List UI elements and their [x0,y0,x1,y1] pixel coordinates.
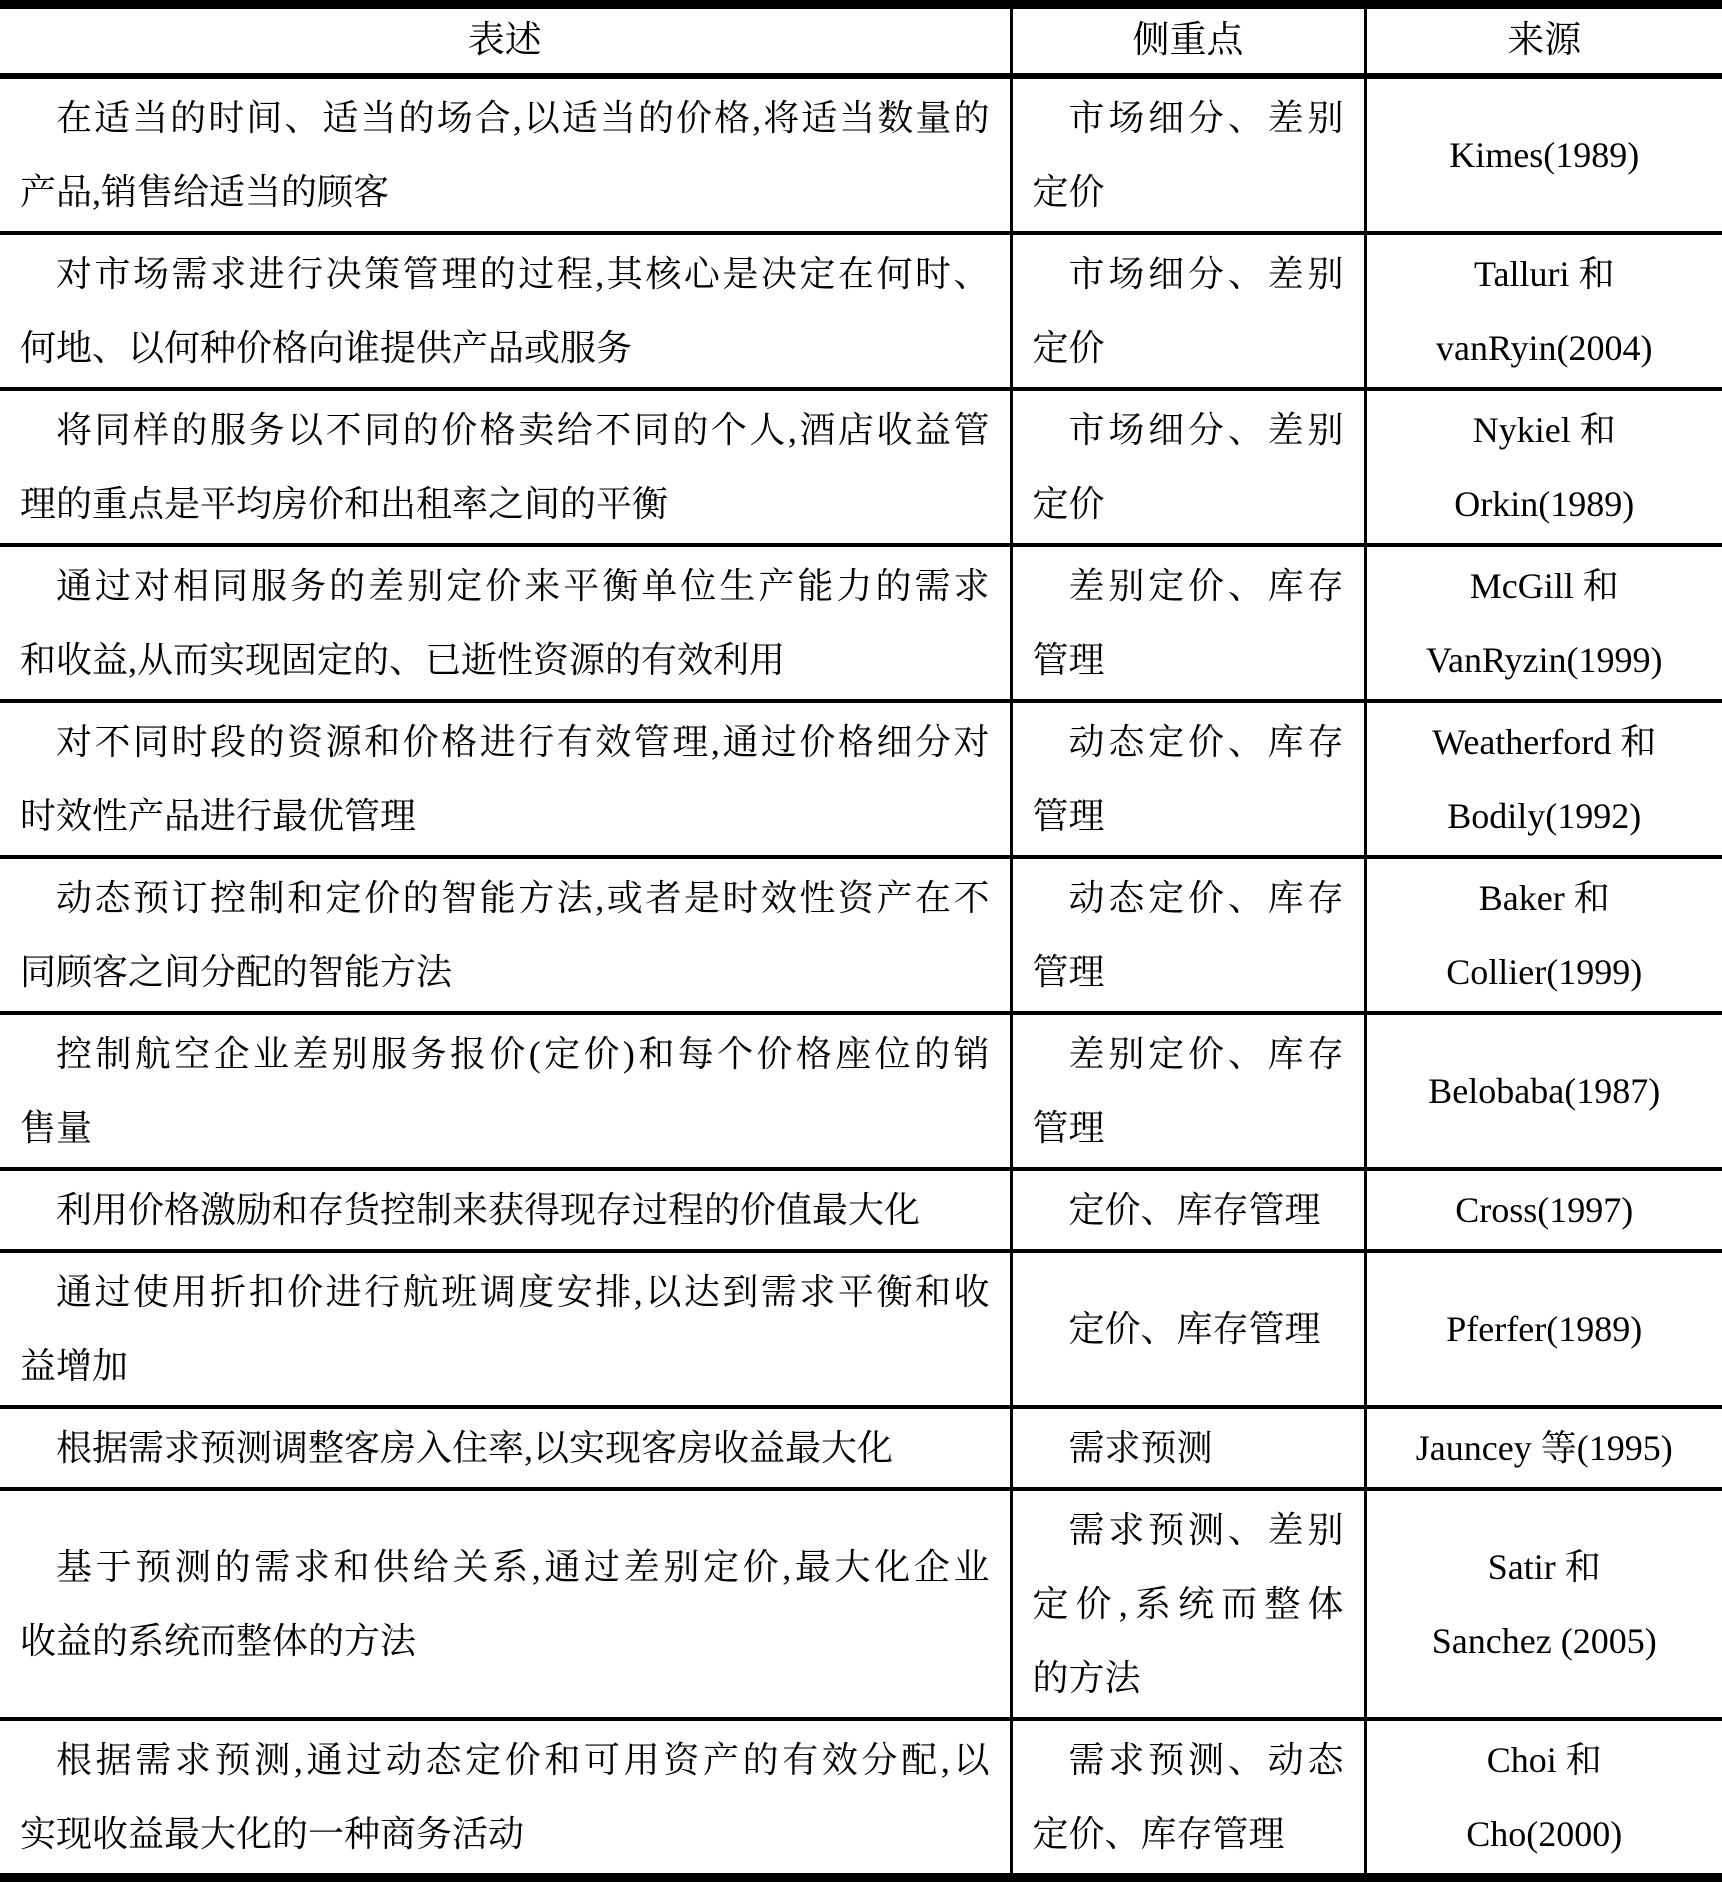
description-cell: 根据需求预测,通过动态定价和可用资产的有效分配,以实现收益最大化的一种商务活动 [0,1719,1011,1878]
description-cell: 对市场需求进行决策管理的过程,其核心是决定在何时、何地、以何种价格向谁提供产品或… [0,233,1011,389]
source-cell: Kimes(1989) [1365,76,1722,233]
focus-line: 需求预测 [1033,1411,1344,1485]
description-line: 对市场需求进行决策管理的过程,其核心是决定在何时、 [20,237,990,311]
focus-line: 市场细分、差别 [1033,393,1344,467]
source-line: Cho(2000) [1387,1797,1703,1871]
focus-line: 管理 [1033,623,1344,697]
table-row: 根据需求预测,通过动态定价和可用资产的有效分配,以实现收益最大化的一种商务活动 … [0,1719,1722,1878]
description-cell: 对不同时段的资源和价格进行有效管理,通过价格细分对时效性产品进行最优管理 [0,701,1011,857]
focus-line: 定价、库存管理 [1033,1292,1344,1366]
focus-line: 定价、库存管理 [1033,1797,1344,1871]
source-line: VanRyzin(1999) [1387,623,1703,697]
source-line: Belobaba(1987) [1387,1054,1703,1128]
focus-cell: 动态定价、库存管理 [1011,857,1365,1013]
focus-line: 差别定价、库存 [1033,1017,1344,1091]
table-row: 在适当的时间、适当的场合,以适当的价格,将适当数量的产品,销售给适当的顾客 市场… [0,76,1722,233]
source-line: Orkin(1989) [1387,467,1703,541]
description-cell: 控制航空企业差别服务报价(定价)和每个价格座位的销售量 [0,1013,1011,1169]
source-cell: Nykiel 和Orkin(1989) [1365,389,1722,545]
source-cell: Pferfer(1989) [1365,1251,1722,1407]
source-line: Jauncey 等(1995) [1387,1411,1703,1485]
focus-cell: 市场细分、差别定价 [1011,233,1365,389]
focus-cell: 市场细分、差别定价 [1011,389,1365,545]
description-line: 何地、以何种价格向谁提供产品或服务 [20,311,990,385]
description-line: 益增加 [20,1329,990,1403]
source-line: Collier(1999) [1387,935,1703,1009]
description-line: 收益的系统而整体的方法 [20,1604,990,1678]
focus-cell: 需求预测、动态定价、库存管理 [1011,1719,1365,1878]
source-line: Weatherford 和 [1387,705,1703,779]
focus-line: 管理 [1033,779,1344,853]
focus-line: 管理 [1033,935,1344,1009]
source-line: Baker 和 [1387,861,1703,935]
focus-line: 管理 [1033,1091,1344,1165]
table-row: 通过使用折扣价进行航班调度安排,以达到需求平衡和收益增加 定价、库存管理 Pfe… [0,1251,1722,1407]
focus-cell: 定价、库存管理 [1011,1169,1365,1251]
description-cell: 利用价格激励和存货控制来获得现存过程的价值最大化 [0,1169,1011,1251]
description-line: 产品,销售给适当的顾客 [20,155,990,229]
source-line: Sanchez (2005) [1387,1604,1703,1678]
description-line: 利用价格激励和存货控制来获得现存过程的价值最大化 [20,1173,990,1247]
column-header-source: 来源 [1365,5,1722,77]
scanned-document-page: 表述 侧重点 来源 在适当的时间、适当的场合,以适当的价格,将适当数量的产品,销… [0,0,1722,1882]
source-line: Pferfer(1989) [1387,1292,1703,1366]
source-line: McGill 和 [1387,549,1703,623]
description-cell: 动态预订控制和定价的智能方法,或者是时效性资产在不同顾客之间分配的智能方法 [0,857,1011,1013]
focus-cell: 市场细分、差别定价 [1011,76,1365,233]
focus-cell: 动态定价、库存管理 [1011,701,1365,857]
focus-line: 市场细分、差别 [1033,81,1344,155]
source-cell: McGill 和VanRyzin(1999) [1365,545,1722,701]
column-header-focus: 侧重点 [1011,5,1365,77]
table-row: 基于预测的需求和供给关系,通过差别定价,最大化企业收益的系统而整体的方法 需求预… [0,1489,1722,1719]
focus-cell: 差别定价、库存管理 [1011,1013,1365,1169]
description-line: 和收益,从而实现固定的、已逝性资源的有效利用 [20,623,990,697]
description-line: 理的重点是平均房价和出租率之间的平衡 [20,467,990,541]
table-row: 根据需求预测调整客房入住率,以实现客房收益最大化 需求预测 Jauncey 等(… [0,1407,1722,1489]
table-row: 对市场需求进行决策管理的过程,其核心是决定在何时、何地、以何种价格向谁提供产品或… [0,233,1722,389]
source-cell: Talluri 和vanRyin(2004) [1365,233,1722,389]
focus-cell: 需求预测、差别定价,系统而整体的方法 [1011,1489,1365,1719]
source-line: Choi 和 [1387,1723,1703,1797]
description-line: 基于预测的需求和供给关系,通过差别定价,最大化企业 [20,1530,990,1604]
description-line: 对不同时段的资源和价格进行有效管理,通过价格细分对 [20,705,990,779]
description-cell: 通过对相同服务的差别定价来平衡单位生产能力的需求和收益,从而实现固定的、已逝性资… [0,545,1011,701]
source-cell: Cross(1997) [1365,1169,1722,1251]
table-row: 控制航空企业差别服务报价(定价)和每个价格座位的销售量 差别定价、库存管理 Be… [0,1013,1722,1169]
description-line: 实现收益最大化的一种商务活动 [20,1797,990,1871]
description-line: 在适当的时间、适当的场合,以适当的价格,将适当数量的 [20,81,990,155]
focus-cell: 定价、库存管理 [1011,1251,1365,1407]
description-cell: 通过使用折扣价进行航班调度安排,以达到需求平衡和收益增加 [0,1251,1011,1407]
table-row: 通过对相同服务的差别定价来平衡单位生产能力的需求和收益,从而实现固定的、已逝性资… [0,545,1722,701]
focus-cell: 需求预测 [1011,1407,1365,1489]
description-line: 时效性产品进行最优管理 [20,779,990,853]
description-cell: 基于预测的需求和供给关系,通过差别定价,最大化企业收益的系统而整体的方法 [0,1489,1011,1719]
description-line: 将同样的服务以不同的价格卖给不同的个人,酒店收益管 [20,393,990,467]
column-header-description: 表述 [0,5,1011,77]
description-cell: 将同样的服务以不同的价格卖给不同的个人,酒店收益管理的重点是平均房价和出租率之间… [0,389,1011,545]
focus-line: 需求预测、动态 [1033,1723,1344,1797]
source-cell: Choi 和Cho(2000) [1365,1719,1722,1878]
table-row: 动态预订控制和定价的智能方法,或者是时效性资产在不同顾客之间分配的智能方法 动态… [0,857,1722,1013]
focus-line: 差别定价、库存 [1033,549,1344,623]
description-line: 同顾客之间分配的智能方法 [20,935,990,1009]
focus-line: 动态定价、库存 [1033,861,1344,935]
focus-line: 市场细分、差别 [1033,237,1344,311]
focus-line: 需求预测、差别 [1033,1493,1344,1567]
source-line: Nykiel 和 [1387,393,1703,467]
description-line: 售量 [20,1091,990,1165]
table-row: 将同样的服务以不同的价格卖给不同的个人,酒店收益管理的重点是平均房价和出租率之间… [0,389,1722,545]
source-cell: Belobaba(1987) [1365,1013,1722,1169]
description-cell: 在适当的时间、适当的场合,以适当的价格,将适当数量的产品,销售给适当的顾客 [0,76,1011,233]
source-line: Talluri 和 [1387,237,1703,311]
source-line: Bodily(1992) [1387,779,1703,853]
description-line: 通过对相同服务的差别定价来平衡单位生产能力的需求 [20,549,990,623]
focus-line: 定价,系统而整体 [1033,1567,1344,1641]
source-line: Cross(1997) [1387,1173,1703,1247]
source-line: vanRyin(2004) [1387,311,1703,385]
focus-line: 定价 [1033,311,1344,385]
description-line: 动态预订控制和定价的智能方法,或者是时效性资产在不 [20,861,990,935]
table-row: 对不同时段的资源和价格进行有效管理,通过价格细分对时效性产品进行最优管理 动态定… [0,701,1722,857]
focus-line: 定价、库存管理 [1033,1173,1344,1247]
description-cell: 根据需求预测调整客房入住率,以实现客房收益最大化 [0,1407,1011,1489]
source-cell: Jauncey 等(1995) [1365,1407,1722,1489]
header-row: 表述 侧重点 来源 [0,5,1722,77]
description-line: 根据需求预测调整客房入住率,以实现客房收益最大化 [20,1411,990,1485]
source-line: Kimes(1989) [1387,118,1703,192]
focus-line: 定价 [1033,467,1344,541]
table-body: 在适当的时间、适当的场合,以适当的价格,将适当数量的产品,销售给适当的顾客 市场… [0,76,1722,1878]
description-line: 控制航空企业差别服务报价(定价)和每个价格座位的销 [20,1017,990,1091]
source-cell: Baker 和Collier(1999) [1365,857,1722,1013]
focus-cell: 差别定价、库存管理 [1011,545,1365,701]
source-cell: Weatherford 和Bodily(1992) [1365,701,1722,857]
focus-line: 定价 [1033,155,1344,229]
source-line: Satir 和 [1387,1530,1703,1604]
focus-line: 动态定价、库存 [1033,705,1344,779]
source-cell: Satir 和Sanchez (2005) [1365,1489,1722,1719]
table-row: 利用价格激励和存货控制来获得现存过程的价值最大化 定价、库存管理 Cross(1… [0,1169,1722,1251]
description-line: 通过使用折扣价进行航班调度安排,以达到需求平衡和收 [20,1255,990,1329]
focus-line: 的方法 [1033,1641,1344,1715]
description-line: 根据需求预测,通过动态定价和可用资产的有效分配,以 [20,1723,990,1797]
revenue-management-definitions-table: 表述 侧重点 来源 在适当的时间、适当的场合,以适当的价格,将适当数量的产品,销… [0,0,1722,1882]
